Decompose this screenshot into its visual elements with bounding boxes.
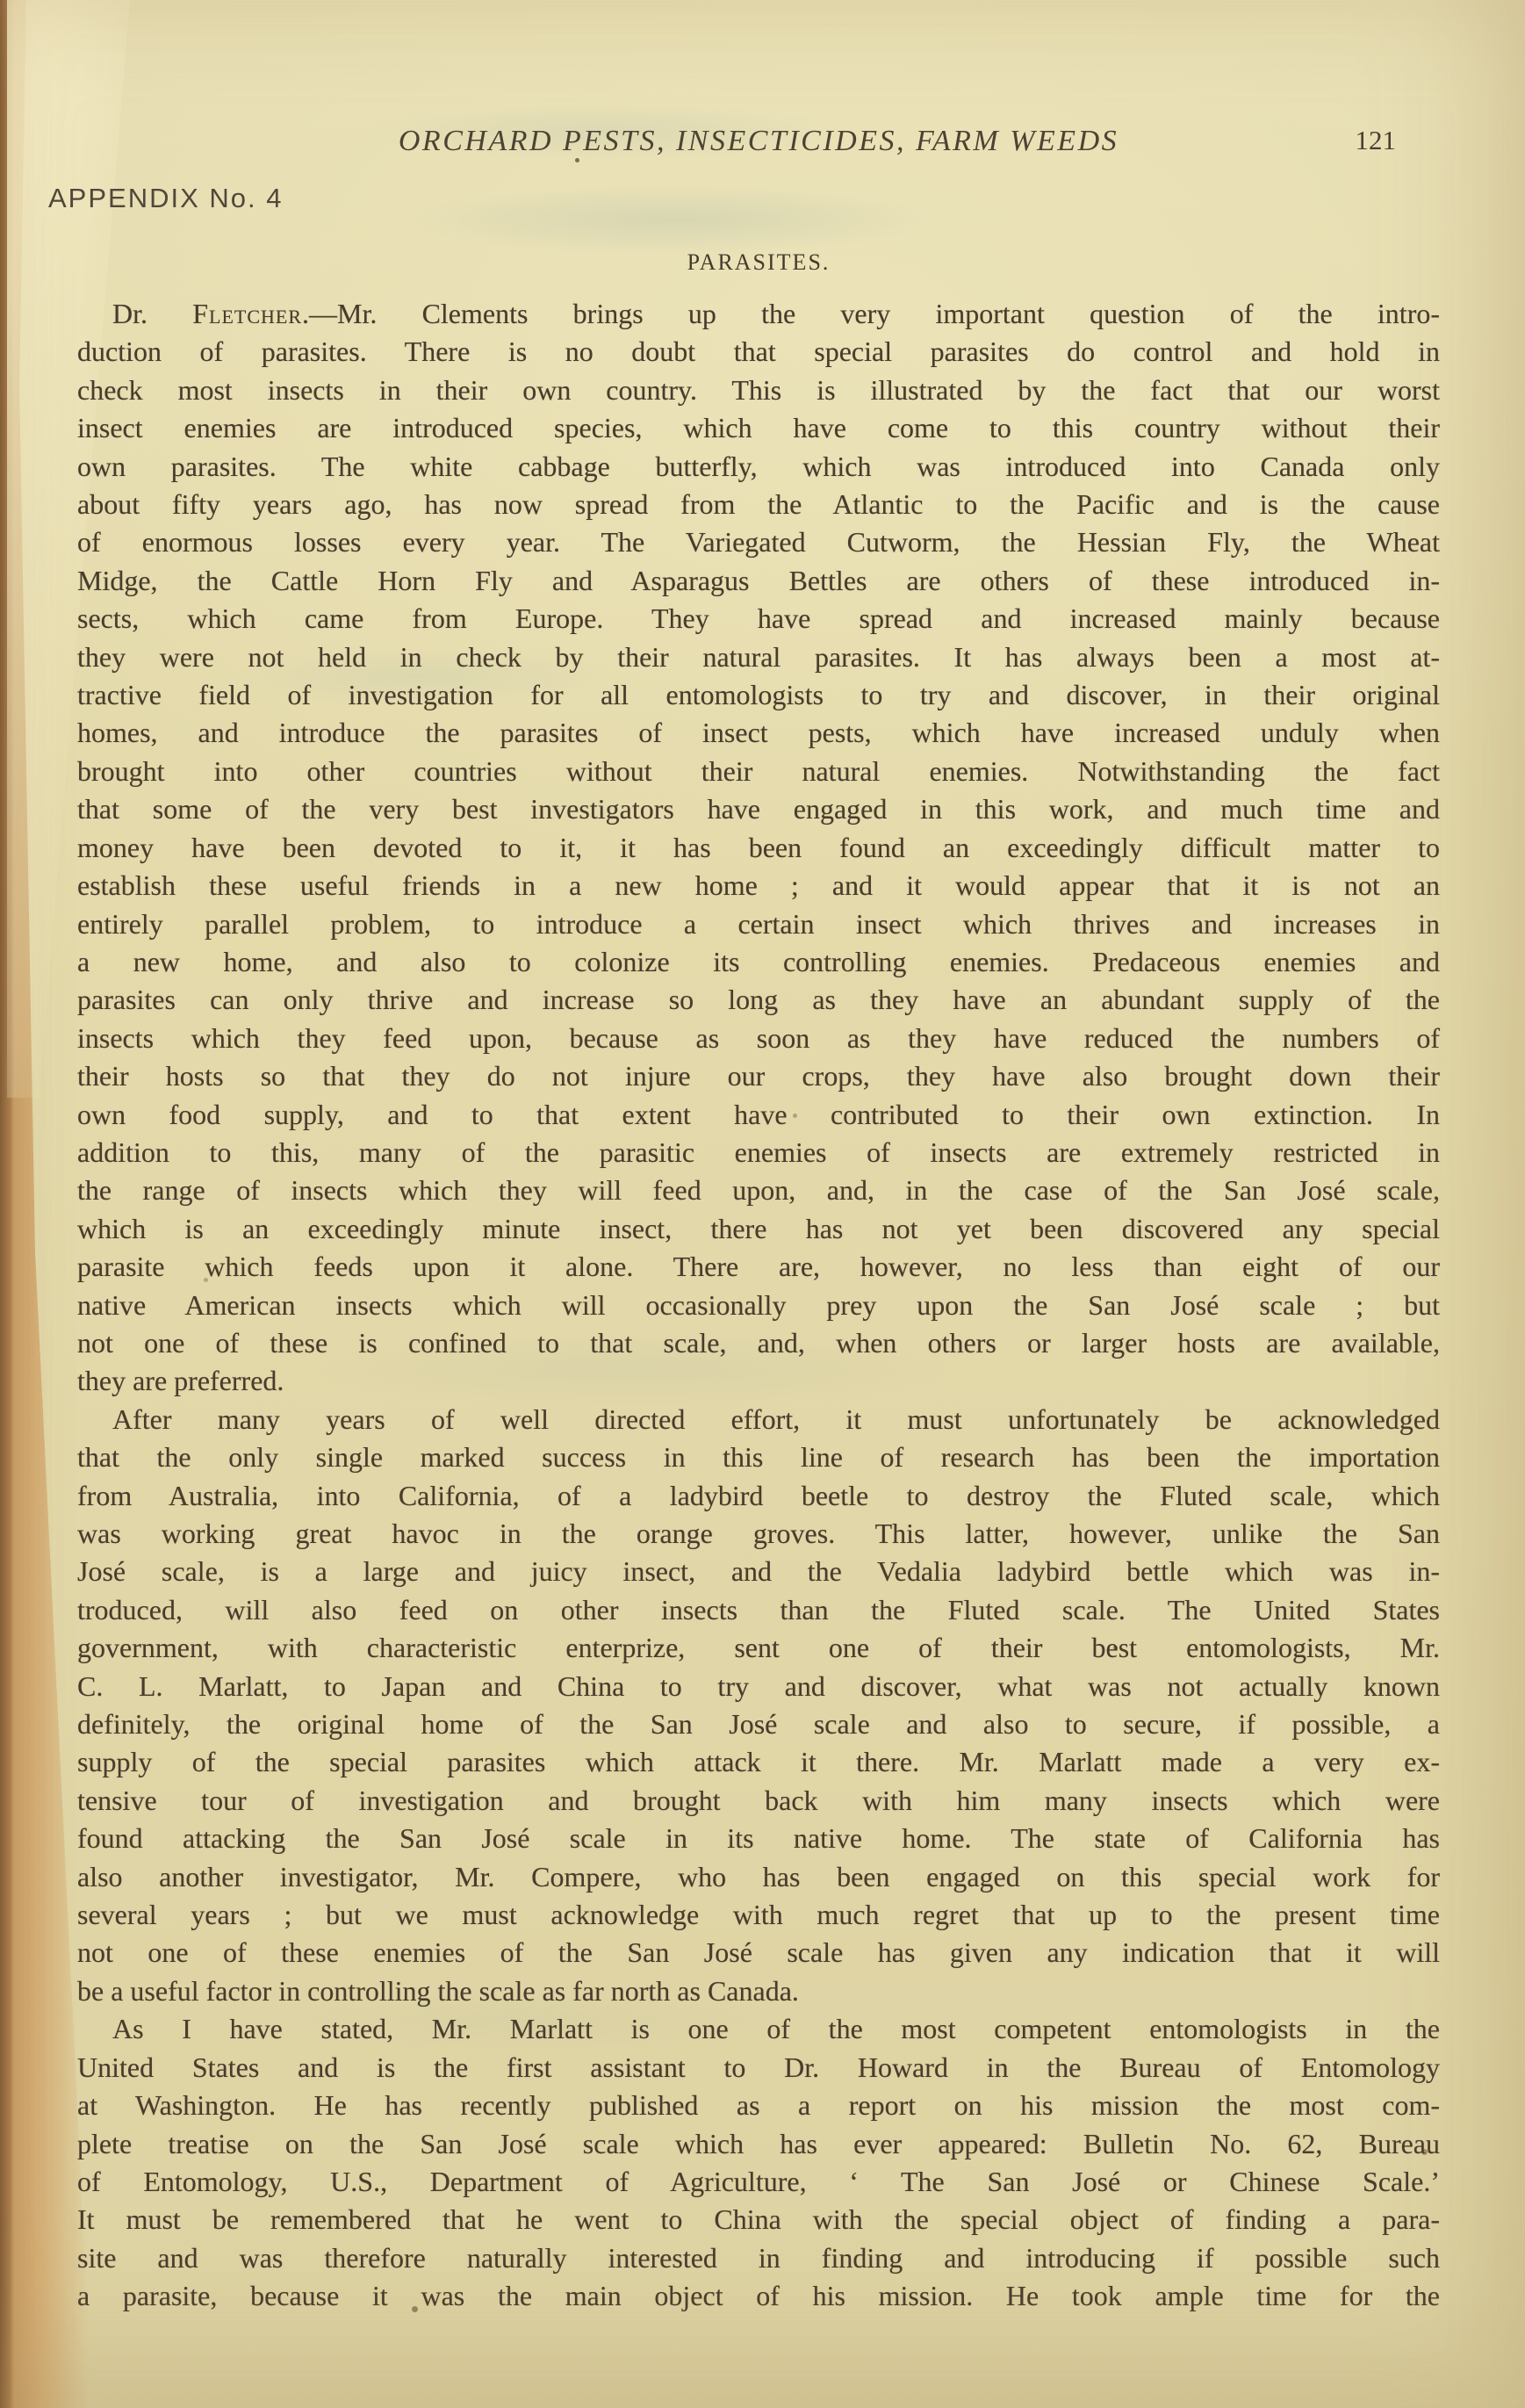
text-line: parasite which feeds upon it alone. Ther…	[77, 1248, 1440, 1286]
text-line: that some of the very best investigators…	[77, 790, 1440, 828]
text-line: a parasite, because it was the main obje…	[77, 2277, 1440, 2315]
paragraph: After many years of well directed effort…	[77, 1401, 1440, 2011]
text-line: their hosts so that they do not injure o…	[77, 1057, 1440, 1095]
text-line: of enormous losses every year. The Varie…	[77, 523, 1440, 561]
text-line: As I have stated, Mr. Marlatt is one of …	[77, 2010, 1440, 2048]
text-line: insect enemies are introduced species, w…	[77, 409, 1440, 447]
text-line: money have been devoted to it, it has be…	[77, 829, 1440, 867]
text-line: addition to this, many of the parasitic …	[77, 1134, 1440, 1172]
text-line: supply of the special parasites which at…	[77, 1743, 1440, 1781]
text-line: also another investigator, Mr. Compere, …	[77, 1858, 1440, 1896]
text-line: José scale, is a large and juicy insect,…	[77, 1553, 1440, 1590]
text-line: definitely, the original home of the San…	[77, 1705, 1440, 1743]
text-line: native American insects which will occas…	[77, 1287, 1440, 1324]
text-line: After many years of well directed effort…	[77, 1401, 1440, 1438]
text-line: tensive tour of investigation and brough…	[77, 1782, 1440, 1820]
paragraph: As I have stated, Mr. Marlatt is one of …	[77, 2010, 1440, 2315]
text-line: plete treatise on the San José scale whi…	[77, 2125, 1440, 2163]
text-line: United States and is the first assistant…	[77, 2049, 1440, 2087]
text-line: not one of these enemies of the San José…	[77, 1934, 1440, 1972]
appendix-label: APPENDIX No. 4	[48, 183, 283, 214]
text-line: that the only single marked success in t…	[77, 1438, 1440, 1476]
text-line: site and was therefore naturally interes…	[77, 2239, 1440, 2277]
text-line: not one of these is confined to that sca…	[77, 1324, 1440, 1362]
text-line: duction of parasites. There is no doubt …	[77, 333, 1440, 371]
text-line: tractive field of investigation for all …	[77, 676, 1440, 714]
text-line: own parasites. The white cabbage butterf…	[77, 448, 1440, 486]
text-line: insects which they feed upon, because as…	[77, 1020, 1440, 1057]
text-line: It must be remembered that he went to Ch…	[77, 2201, 1440, 2239]
text-line: establish these useful friends in a new …	[77, 867, 1440, 905]
text-line: a new home, and also to colonize its con…	[77, 943, 1440, 981]
text-line: was working great havoc in the orange gr…	[77, 1515, 1440, 1553]
text-line: brought into other countries without the…	[77, 753, 1440, 790]
scanned-book-page: ORCHARD PESTS, INSECTICIDES, FARM WEEDS …	[0, 0, 1525, 2408]
text-line: be a useful factor in controlling the sc…	[77, 1972, 1440, 2010]
text-line: they are preferred.	[77, 1362, 1440, 1400]
speaker-prefix: Dr.	[112, 298, 192, 329]
text-line: about fifty years ago, has now spread fr…	[77, 486, 1440, 523]
text-line: government, with characteristic enterpri…	[77, 1629, 1440, 1667]
running-title: ORCHARD PESTS, INSECTICIDES, FARM WEEDS	[77, 125, 1440, 158]
text-line: own food supply, and to that extent have…	[77, 1096, 1440, 1134]
text-line: sects, which came from Europe. They have…	[77, 600, 1440, 638]
text-line: Midge, the Cattle Horn Fly and Asparagus…	[77, 562, 1440, 600]
page-number: 121	[1356, 125, 1397, 156]
text-line: parasites can only thrive and increase s…	[77, 981, 1440, 1019]
paragraph-lines: As I have stated, Mr. Marlatt is one of …	[77, 2010, 1440, 2315]
text-line: of Entomology, U.S., Department of Agric…	[77, 2163, 1440, 2201]
text-line: several years ; but we must acknowledge …	[77, 1896, 1440, 1934]
paragraph-lines: After many years of well directed effort…	[77, 1401, 1440, 2011]
text-line: which is an exceedingly minute insect, t…	[77, 1210, 1440, 1248]
first-line-rest: .—Mr. Clements brings up the very import…	[302, 298, 1440, 329]
text-line: found attacking the San José scale in it…	[77, 1820, 1440, 1857]
text-line: they were not held in check by their nat…	[77, 638, 1440, 676]
text-line: troduced, will also feed on other insect…	[77, 1591, 1440, 1629]
text-line: from Australia, into California, of a la…	[77, 1477, 1440, 1515]
paper-speckles	[0, 0, 4, 4]
body-text: Dr. Fletcher.—Mr. Clements brings up the…	[77, 295, 1440, 2316]
paragraph-lines: duction of parasites. There is no doubt …	[77, 333, 1440, 1400]
paragraph: Dr. Fletcher.—Mr. Clements brings up the…	[77, 295, 1440, 1401]
text-line: entirely parallel problem, to introduce …	[77, 905, 1440, 943]
text-line: C. L. Marlatt, to Japan and China to try…	[77, 1668, 1440, 1705]
text-line: homes, and introduce the parasites of in…	[77, 714, 1440, 752]
text-line: check most insects in their own country.…	[77, 371, 1440, 409]
text-line: the range of insects which they will fee…	[77, 1172, 1440, 1209]
text-line: at Washington. He has recently published…	[77, 2087, 1440, 2124]
text-line: Dr. Fletcher.—Mr. Clements brings up the…	[77, 295, 1440, 333]
speaker-name: Fletcher	[192, 298, 302, 329]
section-title: PARASITES.	[77, 249, 1440, 276]
